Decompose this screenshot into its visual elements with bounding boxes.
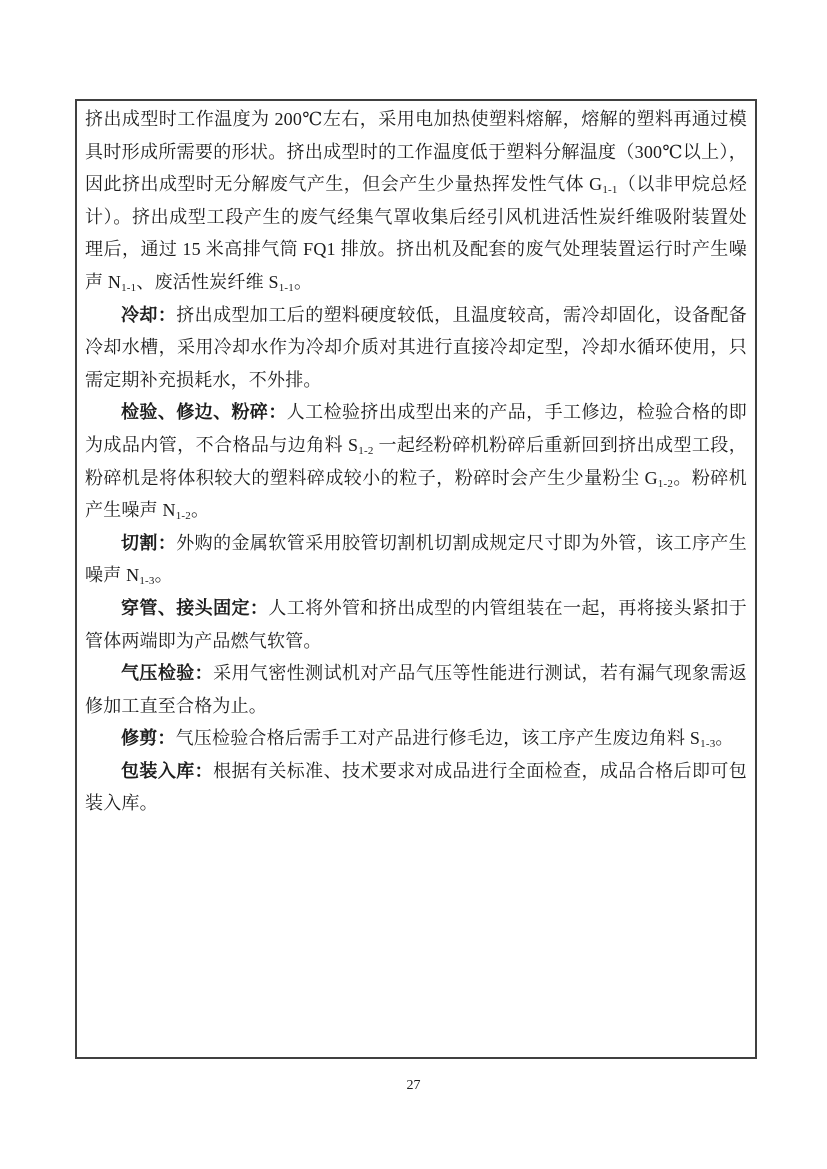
paragraph: 挤出成型时工作温度为 200℃左右，采用电加热使塑料熔解，熔解的塑料再通过模具时… xyxy=(85,103,747,299)
subscript: 1-1 xyxy=(279,282,294,294)
process-step-label: 穿管、接头固定： xyxy=(121,598,268,618)
text-run: 外购的金属软管采用胶管切割机切割成规定尺寸即为外管，该工序产生噪声 N xyxy=(85,533,747,586)
process-step-label: 冷却： xyxy=(121,305,176,325)
paragraph: 冷却：挤出成型加工后的塑料硬度较低，且温度较高，需冷却固化，设备配备冷却水槽，采… xyxy=(85,299,747,397)
text-run: 。 xyxy=(155,565,173,585)
paragraph: 检验、修边、粉碎：人工检验挤出成型出来的产品，手工修边，检验合格的即为成品内管，… xyxy=(85,396,747,526)
process-step-label: 切割： xyxy=(121,533,176,553)
process-step-label: 包装入库： xyxy=(121,761,213,781)
process-step-label: 检验、修边、粉碎： xyxy=(121,402,287,422)
text-run: 。 xyxy=(294,272,312,292)
process-description-cell: 挤出成型时工作温度为 200℃左右，采用电加热使塑料熔解，熔解的塑料再通过模具时… xyxy=(75,99,757,1059)
text-run: 。 xyxy=(715,728,733,748)
text-run: 挤出成型加工后的塑料硬度较低，且温度较高，需冷却固化，设备配备冷却水槽，采用冷却… xyxy=(85,305,747,390)
paragraph: 气压检验：采用气密性测试机对产品气压等性能进行测试，若有漏气现象需返修加工直至合… xyxy=(85,657,747,722)
document-page: 挤出成型时工作温度为 200℃左右，采用电加热使塑料熔解，熔解的塑料再通过模具时… xyxy=(0,0,827,1169)
paragraph: 修剪：气压检验合格后需手工对产品进行修毛边，该工序产生废边角料 S1-3。 xyxy=(85,722,747,755)
process-step-label: 气压检验： xyxy=(121,663,213,683)
paragraph: 切割：外购的金属软管采用胶管切割机切割成规定尺寸即为外管，该工序产生噪声 N1-… xyxy=(85,527,747,592)
text-run: 。 xyxy=(191,500,209,520)
subscript: 1-1 xyxy=(602,184,617,196)
subscript: 1-3 xyxy=(700,738,715,750)
subscript: 1-2 xyxy=(658,478,673,490)
table-cell-content: 挤出成型时工作温度为 200℃左右，采用电加热使塑料熔解，熔解的塑料再通过模具时… xyxy=(85,103,747,820)
process-step-label: 修剪： xyxy=(121,728,176,748)
paragraph: 包装入库：根据有关标准、技术要求对成品进行全面检查，成品合格后即可包装入库。 xyxy=(85,755,747,820)
subscript: 1-2 xyxy=(176,510,191,522)
text-run: 、废活性炭纤维 S xyxy=(136,272,278,292)
paragraph: 穿管、接头固定：人工将外管和挤出成型的内管组装在一起，再将接头紧扣于管体两端即为… xyxy=(85,592,747,657)
subscript: 1-1 xyxy=(121,282,136,294)
text-run: 气压检验合格后需手工对产品进行修毛边，该工序产生废边角料 S xyxy=(176,728,701,748)
subscript: 1-3 xyxy=(139,575,154,587)
subscript: 1-2 xyxy=(358,445,373,457)
page-number: 27 xyxy=(0,1078,827,1094)
